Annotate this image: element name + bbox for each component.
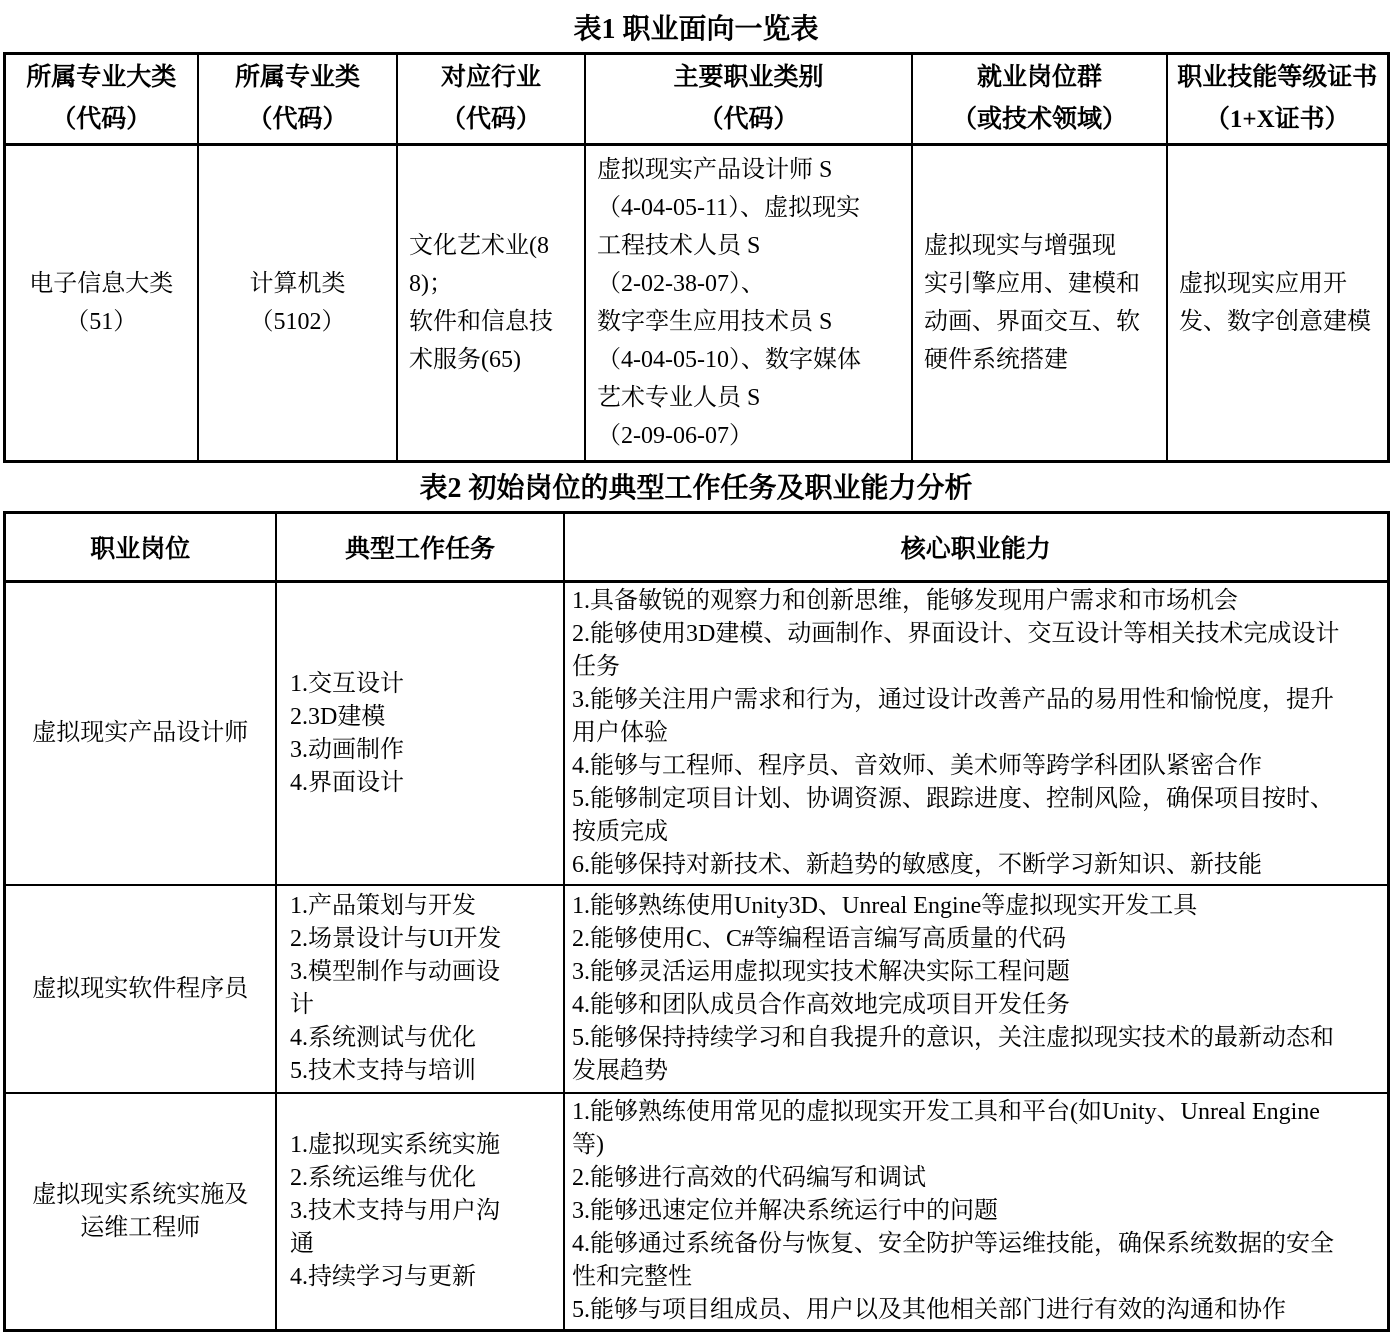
cell-typical-tasks: 1.产品策划与开发 2.场景设计与UI开发 3.模型制作与动画设 计 4.系统测… xyxy=(276,885,564,1093)
cell-core-abilities: 1.具备敏锐的观察力和创新思维，能够发现用户需求和市场机会 2.能够使用3D建模… xyxy=(564,582,1388,886)
cell-job-group: 虚拟现实与增强现 实引擎应用、建模和 动画、界面交互、软 硬件系统搭建 xyxy=(912,145,1167,462)
header-certificate: 职业技能等级证书 （1+X证书） xyxy=(1167,54,1388,145)
cell-core-abilities: 1.能够熟练使用Unity3D、Unreal Engine等虚拟现实开发工具 2… xyxy=(564,885,1388,1093)
header-core-abilities: 核心职业能力 xyxy=(564,513,1388,582)
table-header-row: 职业岗位 典型工作任务 核心职业能力 xyxy=(4,513,1388,582)
cell-typical-tasks: 1.交互设计 2.3D建模 3.动画制作 4.界面设计 xyxy=(276,582,564,886)
cell-major-category: 电子信息大类 （51） xyxy=(4,145,198,462)
table-row: 虚拟现实软件程序员 1.产品策划与开发 2.场景设计与UI开发 3.模型制作与动… xyxy=(4,885,1388,1093)
cell-occupation-category: 虚拟现实产品设计师 S （4-04-05-11）、虚拟现实 工程技术人员 S （… xyxy=(585,145,912,462)
header-major-category: 所属专业大类 （代码） xyxy=(4,54,198,145)
career-orientation-table: 所属专业大类 （代码） 所属专业类 （代码） 对应行业 （代码） 主要职业类别 … xyxy=(3,52,1390,463)
header-job-group: 就业岗位群 （或技术领域） xyxy=(912,54,1167,145)
cell-position: 虚拟现实产品设计师 xyxy=(4,582,276,886)
cell-typical-tasks: 1.虚拟现实系统实施 2.系统运维与优化 3.技术支持与用户沟 通 4.持续学习… xyxy=(276,1093,564,1331)
table-header-row: 所属专业大类 （代码） 所属专业类 （代码） 对应行业 （代码） 主要职业类别 … xyxy=(4,54,1388,145)
cell-industry: 文化艺术业(8 8)； 软件和信息技 术服务(65) xyxy=(397,145,585,462)
job-task-ability-table: 职业岗位 典型工作任务 核心职业能力 虚拟现实产品设计师 1.交互设计 2.3D… xyxy=(3,511,1390,1332)
header-industry: 对应行业 （代码） xyxy=(397,54,585,145)
header-position: 职业岗位 xyxy=(4,513,276,582)
cell-certificate: 虚拟现实应用开 发、数字创意建模 xyxy=(1167,145,1388,462)
cell-core-abilities: 1.能够熟练使用常见的虚拟现实开发工具和平台(如Unity、Unreal Eng… xyxy=(564,1093,1388,1331)
document-page: 表1 职业面向一览表 所属专业大类 （代码） 所属专业类 （代码） 对应行业 （… xyxy=(0,0,1392,1334)
cell-position: 虚拟现实软件程序员 xyxy=(4,885,276,1093)
header-occupation-category: 主要职业类别 （代码） xyxy=(585,54,912,145)
table2-title: 表2 初始岗位的典型工作任务及职业能力分析 xyxy=(0,473,1392,505)
header-major-class: 所属专业类 （代码） xyxy=(198,54,397,145)
table-row: 虚拟现实产品设计师 1.交互设计 2.3D建模 3.动画制作 4.界面设计 1.… xyxy=(4,582,1388,886)
table1-title: 表1 职业面向一览表 xyxy=(0,14,1392,46)
header-typical-tasks: 典型工作任务 xyxy=(276,513,564,582)
table-row: 电子信息大类 （51） 计算机类 （5102） 文化艺术业(8 8)； 软件和信… xyxy=(4,145,1388,462)
cell-position: 虚拟现实系统实施及 运维工程师 xyxy=(4,1093,276,1331)
table-row: 虚拟现实系统实施及 运维工程师 1.虚拟现实系统实施 2.系统运维与优化 3.技… xyxy=(4,1093,1388,1331)
cell-major-class: 计算机类 （5102） xyxy=(198,145,397,462)
